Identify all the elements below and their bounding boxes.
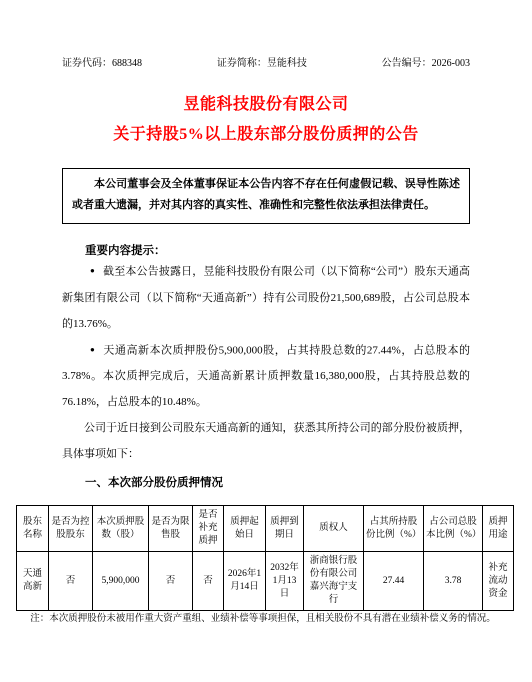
body-paragraph: 公司于近日接到公司股东天通高新的通知，获悉其所持公司的部分股份被质押，具体事项如…	[62, 415, 470, 467]
col-purpose: 质押用途	[483, 506, 514, 552]
cell-pledged-shares: 5,900,000	[93, 552, 149, 611]
notice-bullet-1-text: 截至本公告披露日，昱能科技股份有限公司（以下简称“公司”）股东天通高新集团有限公…	[62, 266, 470, 330]
pledge-table: 股东名称 是否为控股股东 本次质押股数（股） 是否为限售股 是否补充质押 质押起…	[16, 505, 514, 611]
col-start-date: 质押起始日	[224, 506, 266, 552]
notice-bullet-2: ●天通高新本次质押股份5,900,000股，占其持股总数的27.44%，占总股本…	[62, 337, 470, 416]
document-title: 昱能科技股份有限公司 关于持股5%以上股东部分股份质押的公告	[0, 90, 532, 150]
table-header-row: 股东名称 是否为控股股东 本次质押股数（股） 是否为限售股 是否补充质押 质押起…	[17, 506, 514, 552]
cell-start-date: 2026年1月14日	[224, 552, 266, 611]
cell-is-controlling: 否	[49, 552, 93, 611]
announcement-page: 证券代码：688348 证券简称：昱能科技 公告编号：2026-003 昱能科技…	[0, 0, 532, 682]
declaration-text: 本公司董事会及全体董事保证本公告内容不存在任何虚假记载、误导性陈述或者重大遗漏，…	[72, 174, 460, 216]
cell-purpose: 补充流动资金	[483, 552, 514, 611]
cell-is-supplementary: 否	[193, 552, 224, 611]
cell-end-date: 2032年1月13日	[266, 552, 304, 611]
cell-pledgee: 浙商银行股份有限公司嘉兴海宁支行	[304, 552, 364, 611]
table-row: 天通高新 否 5,900,000 否 否 2026年1月14日 2032年1月1…	[17, 552, 514, 611]
cell-shareholder-name: 天通高新	[17, 552, 49, 611]
col-pledged-shares: 本次质押股数（股）	[93, 506, 149, 552]
document-meta-row: 证券代码：688348 证券简称：昱能科技 公告编号：2026-003	[0, 0, 532, 70]
notice-bullet-2-text: 天通高新本次质押股份5,900,000股，占其持股总数的27.44%，占总股本的…	[62, 344, 470, 408]
col-is-supplementary: 是否补充质押	[193, 506, 224, 552]
cell-pct-of-total: 3.78	[424, 552, 483, 611]
notice-bullet-1: ●截至本公告披露日，昱能科技股份有限公司（以下简称“公司”）股东天通高新集团有限…	[62, 258, 470, 337]
announcement-number: 公告编号：2026-003	[382, 57, 470, 70]
col-end-date: 质押到期日	[266, 506, 304, 552]
bullet-icon: ●	[90, 345, 95, 354]
bullet-icon: ●	[90, 266, 95, 275]
title-line-company: 昱能科技股份有限公司	[0, 90, 532, 120]
section-heading-1: 一、本次部分股份质押情况	[62, 475, 470, 491]
table-footnote: 注：本次质押股份未被用作重大资产重组、业绩补偿等事项担保，且相关股份不具有潜在业…	[16, 613, 516, 626]
col-shareholder-name: 股东名称	[17, 506, 49, 552]
col-is-restricted: 是否为限售股	[149, 506, 193, 552]
stock-short-name: 证券简称：昱能科技	[217, 57, 307, 70]
stock-code: 证券代码：688348	[62, 57, 142, 70]
col-pledgee: 质权人	[304, 506, 364, 552]
col-is-controlling: 是否为控股股东	[49, 506, 93, 552]
col-pct-of-holding: 占其所持股份比例（%）	[364, 506, 424, 552]
col-pct-of-total: 占公司总股本比例（%）	[424, 506, 483, 552]
cell-is-restricted: 否	[149, 552, 193, 611]
important-notice-heading: 重要内容提示：	[62, 244, 470, 258]
cell-pct-of-holding: 27.44	[364, 552, 424, 611]
title-line-subject: 关于持股5%以上股东部分股份质押的公告	[0, 120, 532, 150]
declaration-box: 本公司董事会及全体董事保证本公告内容不存在任何虚假记载、误导性陈述或者重大遗漏，…	[62, 168, 470, 224]
